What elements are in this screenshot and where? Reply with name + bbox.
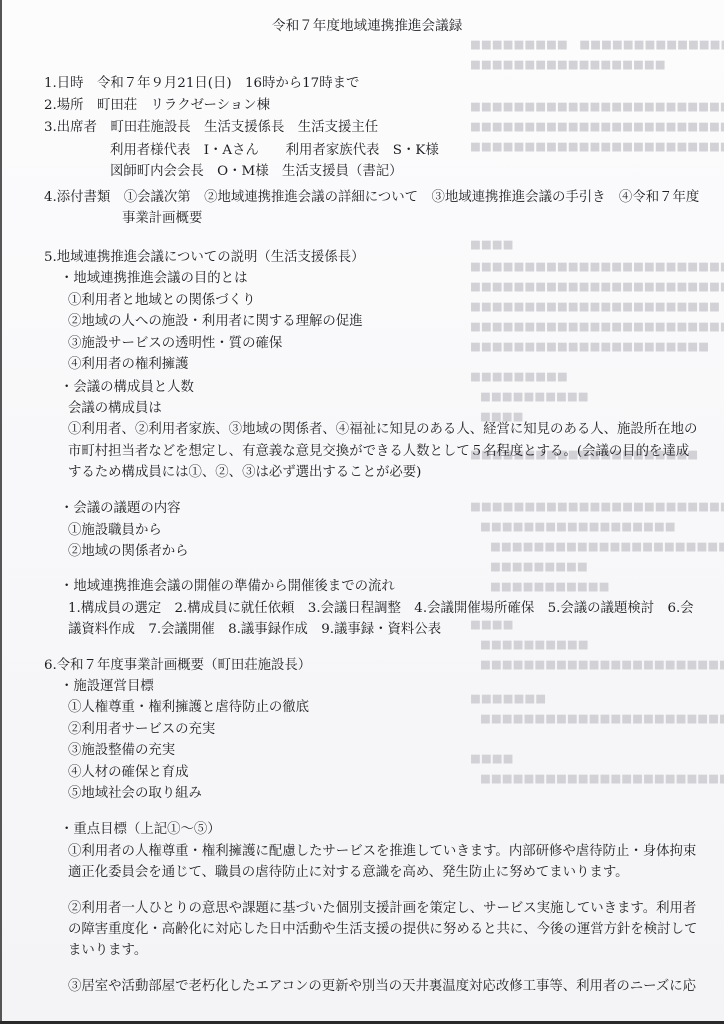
- priority-paragraph-2-line: ②利用者一人ひとりの意思や課題に基づいた個別支援計画を策定し、サービス実施してい…: [68, 900, 696, 917]
- section6-heading: 6.令和７年度事業計画概要（町田荘施設長）: [44, 657, 311, 674]
- attachments-label: 4.添付書類: [44, 190, 110, 205]
- priorities-heading: ・重点目標（上記①～⑤）: [60, 821, 221, 838]
- attendees-line-2: 利用者様代表 I・Aさん 利用者家族代表 S・K様: [110, 142, 439, 159]
- date-value: 令和７年９月21日(日) 16時から17時まで: [97, 76, 359, 91]
- members-line: するため構成員には①、②、③は必ず選出することが必要): [68, 464, 421, 481]
- document-title: 令和７年度地域連携推進会議録: [272, 18, 462, 35]
- attendees-line-1: 町田荘施設長 生活支援係長 生活支援主任: [110, 120, 378, 135]
- purpose-item: ②地域の人への施設・利用者に関する理解の促進: [68, 313, 363, 330]
- goals-heading: ・施設運営目標: [60, 678, 154, 695]
- date-row: 1.日時 令和７年９月21日(日) 16時から17時まで: [44, 75, 359, 92]
- goal-item: ④人材の確保と育成: [68, 764, 189, 781]
- goal-item: ②利用者サービスの充実: [68, 721, 215, 738]
- attendees-row: 3.出席者 町田荘施設長 生活支援係長 生活支援主任: [44, 119, 378, 136]
- date-label: 1.日時: [44, 76, 84, 91]
- members-line: 市町村担当者などを想定し、有意義な意見交換ができる人数として５名程度とする。(会…: [68, 443, 689, 460]
- goal-item: ⑤地域社会の取り組み: [68, 785, 202, 802]
- purpose-heading: ・地域連携推進会議の目的とは: [60, 270, 247, 287]
- scan-left-edge: [0, 0, 2, 1024]
- attachments-line-2: 事業計画概要: [122, 210, 202, 227]
- scanned-page: ■■■■■■■■■ ■■■■■■■■■■■■■■■■■■■■■ ■■■■■■■■…: [0, 0, 724, 1024]
- goal-item: ③施設整備の充実: [68, 742, 175, 759]
- place-row: 2.場所 町田荘 リラクゼーション棟: [44, 97, 270, 114]
- priority-paragraph-2-line: まいります。: [68, 942, 147, 959]
- place-label: 2.場所: [44, 98, 84, 113]
- attendees-label: 3.出席者: [44, 120, 97, 135]
- section5-heading: 5.地域連携推進会議についての説明（生活支援係長）: [44, 249, 365, 266]
- purpose-item: ④利用者の権利擁護: [68, 356, 189, 373]
- members-line: ①利用者、②利用者家族、③地域の関係者、④福祉に知見のある人、経営に知見のある人…: [68, 421, 697, 438]
- agenda-item: ②地域の関係者から: [68, 543, 189, 560]
- attachments-row: 4.添付書類 ①会議次第 ②地域連携推進会議の詳細について ③地域連携推進会議の…: [44, 189, 699, 206]
- goal-item: ①人権尊重・権利擁護と虐待防止の徹底: [68, 699, 309, 716]
- purpose-item: ①利用者と地域との関係づくり: [68, 292, 255, 309]
- flow-heading: ・地域連携推進会議の開催の準備から開催後までの流れ: [60, 578, 395, 595]
- priority-paragraph-2-line: の障害重度化・高齢化に対応した日中活動や生活支援の提供に努めると共に、今後の運営…: [68, 921, 697, 938]
- place-value: 町田荘 リラクゼーション棟: [97, 98, 270, 113]
- flow-line: 1.構成員の選定 2.構成員に就任依頼 3.会議日程調整 4.会議開催場所確保 …: [68, 600, 694, 617]
- priority-paragraph-3-line: ③居室や活動部屋で老朽化したエアコンの更新や別当の天井裏温度対応改修工事等、利用…: [68, 978, 696, 995]
- agenda-heading: ・会議の議題の内容: [60, 500, 181, 517]
- purpose-item: ③施設サービスの透明性・質の確保: [68, 335, 282, 352]
- priority-paragraph-1-line: ①利用者の人権尊重・権利擁護に配慮したサービスを推進していきます。内部研修や虐待…: [68, 843, 696, 860]
- flow-line: 議資料作成 7.会議開催 8.議事録作成 9.議事録・資料公表: [68, 621, 441, 638]
- members-line: 会議の構成員は: [68, 400, 162, 417]
- priority-paragraph-1-line: 適正化委員会を通じて、職員の虐待防止に対する意識を高め、発生防止に努めてまいりま…: [68, 864, 629, 881]
- agenda-item: ①施設職員から: [68, 522, 162, 539]
- attachments-line-1: ①会議次第 ②地域連携推進会議の詳細について ③地域連携推進会議の手引き ④令和…: [124, 190, 700, 205]
- members-heading: ・会議の構成員と人数: [60, 379, 194, 396]
- attendees-line-3: 図師町内会会長 O・M様 生活支援員（書記）: [110, 163, 403, 180]
